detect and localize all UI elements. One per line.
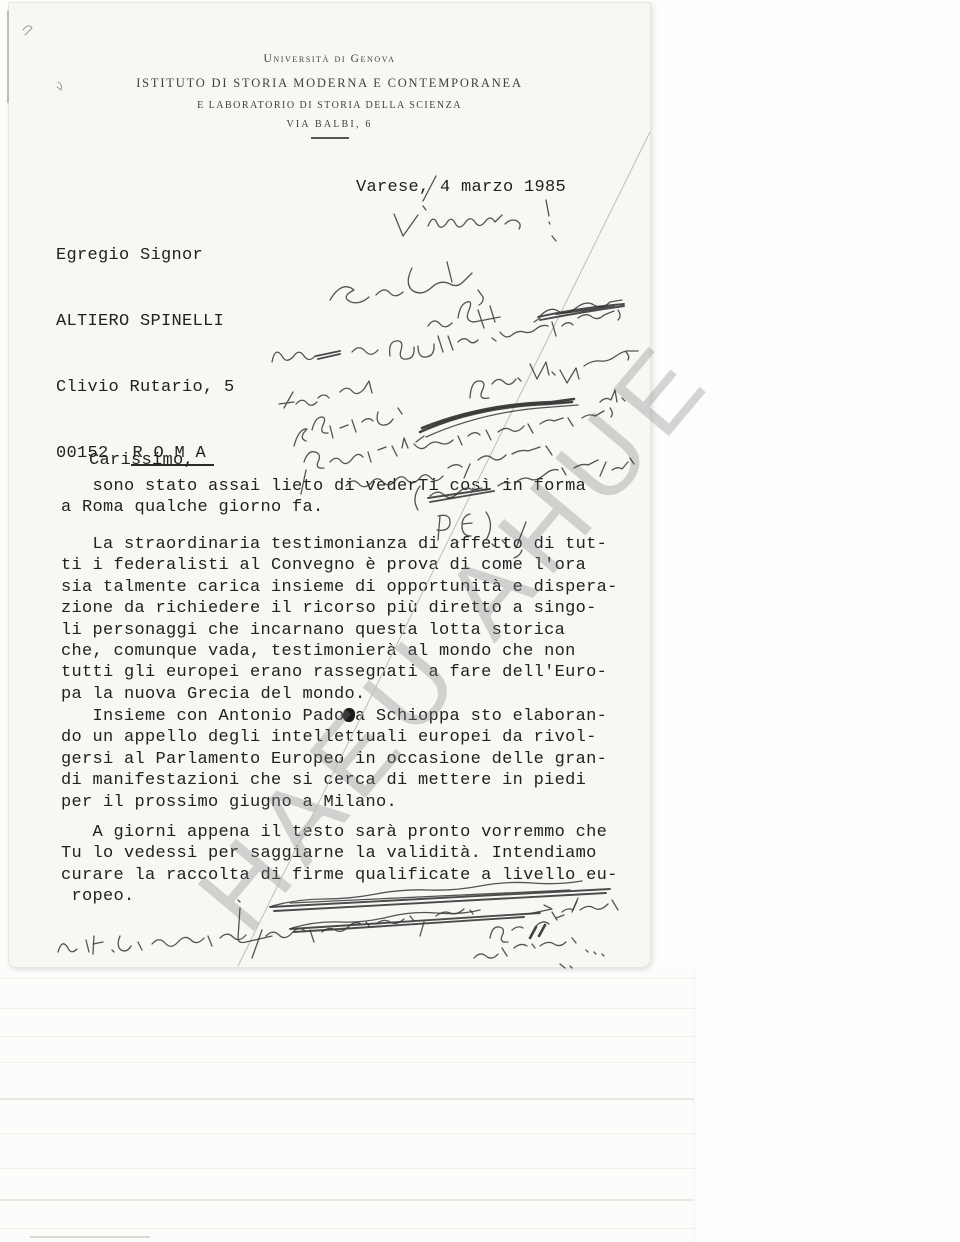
salutation: Carissimo, bbox=[89, 450, 194, 471]
letterhead-divider bbox=[311, 137, 349, 139]
paragraph-1: sono stato assai lieto di vederTi così i… bbox=[61, 476, 586, 519]
scan-artifact-line bbox=[0, 1036, 694, 1037]
paragraph-3: Insieme con Antonio Padova Schioppa sto … bbox=[61, 706, 607, 813]
date-line: Varese, 4 marzo 1985 bbox=[356, 177, 566, 198]
scan-artifact-line bbox=[0, 1199, 694, 1201]
scanned-letter: Università di Genova ISTITUTO DI STORIA … bbox=[0, 0, 960, 1242]
scan-artifact-line bbox=[0, 1228, 694, 1229]
recipient-title: Egregio Signor bbox=[56, 245, 235, 267]
letterhead-institute: ISTITUTO DI STORIA MODERNA E CONTEMPORAN… bbox=[9, 76, 650, 91]
scan-artifact-line bbox=[0, 1062, 694, 1063]
recipient-name: ALTIERO SPINELLI bbox=[56, 311, 235, 333]
scan-artifact-line bbox=[0, 1098, 694, 1100]
letterhead-street: VIA BALBI, 6 bbox=[9, 119, 650, 130]
letterhead-university: Università di Genova bbox=[9, 53, 650, 65]
paragraph-2: La straordinaria testimonianza di affett… bbox=[61, 534, 618, 705]
recipient-street: Clivio Rutario, 5 bbox=[56, 377, 235, 399]
letterhead-laboratory: E LABORATORIO DI STORIA DELLA SCIENZA bbox=[9, 100, 650, 111]
scan-artifact-line bbox=[30, 1236, 150, 1238]
scan-artifact-line bbox=[0, 978, 694, 979]
scan-artifact-line bbox=[0, 1133, 694, 1134]
letter-page: Università di Genova ISTITUTO DI STORIA … bbox=[8, 2, 651, 968]
underlying-page bbox=[0, 966, 695, 1242]
letterhead: Università di Genova ISTITUTO DI STORIA … bbox=[9, 53, 650, 139]
scan-artifact-line bbox=[0, 1168, 694, 1169]
scan-artifact-line bbox=[0, 1008, 694, 1009]
paragraph-4: A giorni appena il testo sarà pronto vor… bbox=[61, 822, 618, 908]
